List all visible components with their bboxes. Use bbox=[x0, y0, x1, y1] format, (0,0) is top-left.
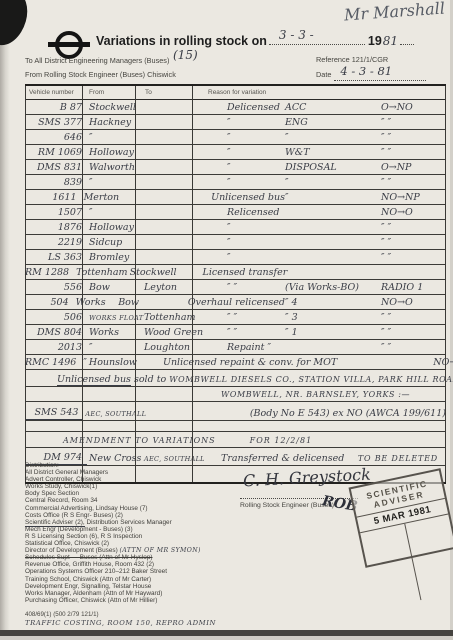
distribution-item: Central Record, Room 34 bbox=[25, 497, 250, 504]
date-label: Date bbox=[316, 70, 331, 79]
from-cell: Works bbox=[74, 297, 117, 309]
reason-code bbox=[285, 252, 381, 264]
from-cell: Bromley bbox=[87, 252, 142, 264]
table-header-row: Vehicle number From To Reason for variat… bbox=[25, 86, 446, 100]
col-header-to: To bbox=[142, 89, 202, 96]
from-cell: Stockwell bbox=[87, 102, 142, 114]
status-code: ″ ″ bbox=[381, 132, 446, 144]
from-cell: ″ bbox=[87, 177, 142, 189]
status-code: ″ ″ bbox=[381, 342, 446, 354]
reason-code: ″ 1 bbox=[285, 327, 381, 339]
sold-note-line2: WOMBWELL, NR. BARNSLEY, YORKS :— bbox=[25, 387, 446, 402]
handwritten-footer-note: TRAFFIC COSTING, ROOM 150, REPRO ADMIN bbox=[25, 619, 216, 627]
vehicle-number: 1611 bbox=[25, 192, 82, 204]
status-code: NO→O bbox=[381, 297, 446, 309]
table-row: RM 1288TottenhamStockwellLicensed transf… bbox=[25, 265, 446, 280]
binder-clip-shadow bbox=[0, 0, 33, 50]
form-code: 408/69(1) (500 2/79 121/1) bbox=[25, 611, 99, 618]
status-code: ″ ″ bbox=[381, 327, 446, 339]
vehicle-number: SMS 543 bbox=[25, 407, 83, 420]
vehicle-number: 1507 bbox=[25, 207, 87, 219]
reason-cell: ″ bbox=[201, 117, 285, 129]
to-line: To All District Engineering Managers (Bu… bbox=[25, 56, 169, 65]
reason-cell: ″ bbox=[201, 177, 285, 189]
from-cell: ″ bbox=[87, 132, 142, 144]
table-row: 506WORKS FLOATTottenham″ ″″ 3″ ″ bbox=[25, 310, 446, 325]
reason-cell: Repaint ″ bbox=[201, 342, 285, 354]
from-line: From Rolling Stock Engineer (Buses) Chis… bbox=[25, 70, 176, 79]
status-code: O→NO bbox=[381, 102, 446, 114]
table-row: 646″″″″ ″ bbox=[25, 130, 446, 145]
distribution-item: R S Licensing Section (6), R S Inspectio… bbox=[25, 533, 250, 540]
roundel-bar-icon bbox=[48, 42, 90, 47]
table-row: RMC 1496″HounslowUnlicensed repaint & co… bbox=[25, 355, 446, 370]
reason-code bbox=[287, 267, 383, 279]
distribution-item: Commercial Advertising, Lindsay House (7… bbox=[25, 505, 250, 512]
vehicle-number: 504 bbox=[25, 297, 74, 309]
distribution-item: Works Study, Chiswick(1) bbox=[25, 483, 250, 490]
reason-code bbox=[285, 237, 381, 249]
spacer-row bbox=[25, 421, 446, 432]
status-code: ″ ″ bbox=[381, 117, 446, 129]
from-cell: Works bbox=[87, 327, 142, 339]
reason-code: DISPOSAL bbox=[285, 162, 381, 174]
from-cell: Merton bbox=[82, 192, 132, 204]
title-trailing-dots bbox=[400, 34, 414, 45]
from-cell: AEC, SOUTHALL bbox=[83, 408, 138, 420]
reason-cell: ″ ″ bbox=[201, 327, 285, 339]
distribution-item-rest: Distribution Services Manager bbox=[85, 519, 172, 526]
handwritten-title-date: 3 - 3 - bbox=[279, 28, 314, 42]
col-header-reason: Reason for variation bbox=[202, 89, 446, 96]
amendment-date: FOR 12/2/81 bbox=[250, 435, 313, 447]
distribution-item: Costs Office (R S Engr- Buses) (2) bbox=[25, 512, 250, 519]
status-code: ″ ″ bbox=[381, 147, 446, 159]
reason-code: (Via Works-BO) bbox=[285, 282, 381, 294]
reason-cell: ″ bbox=[201, 147, 285, 159]
status-code: ″ ″ bbox=[381, 252, 446, 264]
vehicle-number: 556 bbox=[25, 282, 87, 294]
table-row: 2013″LoughtonRepaint ″″ ″ bbox=[25, 340, 446, 355]
handwritten-date: 4 - 3 - 81 bbox=[340, 64, 392, 78]
reason-code bbox=[337, 357, 433, 369]
distribution-item: Purchasing Officer, Chiswick (Attn of Mr… bbox=[25, 597, 250, 604]
vehicle-number: RM 1069 bbox=[25, 147, 87, 159]
table-row: B 87StockwellDelicensedACCO→NO bbox=[25, 100, 446, 115]
handwritten-attn-note: (ATTN OF MR SYMON) bbox=[119, 547, 200, 554]
table-rule bbox=[192, 86, 193, 482]
distribution-item: Revenue Office, Griffith House, Room 432… bbox=[25, 561, 250, 568]
scan-bottom-light-edge bbox=[0, 636, 453, 640]
scanned-document: Mr Marshall Variations in rolling stock … bbox=[0, 0, 453, 640]
distribution-item: Statistical Office, Chiswick (2) bbox=[25, 540, 250, 547]
vehicle-number: DMS 831 bbox=[25, 162, 87, 174]
to-cell: Bow bbox=[116, 297, 162, 309]
form-title-row: Variations in rolling stock on 3 - 3 - 1… bbox=[96, 34, 414, 48]
vehicle-number: SMS 377 bbox=[25, 117, 87, 129]
reason-code: ″ bbox=[285, 177, 381, 189]
table-row: LS 363Bromley″″ ″ bbox=[25, 250, 446, 265]
reason-code bbox=[285, 207, 381, 219]
vehicle-number: 2219 bbox=[25, 237, 87, 249]
scan-left-edge bbox=[0, 0, 10, 640]
reason-cell: Unlicensed repaint & conv. for MOT bbox=[137, 357, 337, 369]
table-row: DMS 804WorksWood Green″ ″″ 1″ ″ bbox=[25, 325, 446, 340]
status-code: O→NP bbox=[381, 162, 446, 174]
title-date-dotted-line: 3 - 3 - bbox=[269, 34, 365, 45]
distribution-item: Advert Controller, Chiswick bbox=[25, 476, 250, 483]
reason-cell: ″ ″ bbox=[201, 282, 285, 294]
vehicle-number: LS 363 bbox=[25, 252, 87, 264]
status-code: NO→O bbox=[381, 207, 446, 219]
reason-code: ″ bbox=[285, 192, 381, 204]
reason-cell: Relicensed bbox=[201, 207, 285, 219]
reason-cell: Unlicensed bus bbox=[185, 192, 285, 204]
distribution-item: Development Engr, Signalling, Telstar Ho… bbox=[25, 583, 250, 590]
reason-cell: ″ bbox=[201, 237, 285, 249]
table-row: 839″″″″ ″ bbox=[25, 175, 446, 190]
from-cell: Holloway bbox=[87, 147, 142, 159]
reason-cell: (Body No E 543) ex NO (AWCA 199/611) bbox=[194, 408, 446, 420]
handwritten-year: 81 bbox=[383, 34, 398, 48]
table-row: 1611MertonUnlicensed bus″NO→NP bbox=[25, 190, 446, 205]
vehicle-number: B 87 bbox=[25, 102, 87, 114]
to-cell: Hounslow bbox=[87, 357, 137, 369]
distribution-item-struck: Schedules Supt — Buses (Attn of Mr Hyslo… bbox=[25, 554, 250, 561]
table-row: 556BowLeyton″ ″(Via Works-BO)RADIO 1 bbox=[25, 280, 446, 295]
reason-code bbox=[285, 222, 381, 234]
distribution-item: Director of Development (Buses) (ATTN OF… bbox=[25, 547, 250, 554]
reason-cell: ″ bbox=[201, 252, 285, 264]
reason-code: ACC bbox=[285, 102, 381, 114]
table-row: 1876Holloway″″ ″ bbox=[25, 220, 446, 235]
sold-note-address2: WOMBWELL, NR. BARNSLEY, YORKS :— bbox=[221, 389, 410, 401]
vehicle-number: 506 bbox=[25, 312, 87, 324]
status-code: ″ ″ bbox=[381, 222, 446, 234]
reason-cell: Overhaul relicensed bbox=[162, 297, 285, 309]
vehicle-number: DMS 804 bbox=[25, 327, 87, 339]
from-cell: Holloway bbox=[87, 222, 142, 234]
sold-note-mid: sold to bbox=[131, 374, 169, 385]
vehicle-number: 839 bbox=[25, 177, 87, 189]
reason-cell: ″ bbox=[201, 132, 285, 144]
reason-code bbox=[285, 342, 381, 354]
distribution-item: Scientific Adviser (2), Distribution Ser… bbox=[25, 519, 250, 526]
distribution-item: All District General Managers bbox=[25, 469, 250, 476]
from-cell: WORKS FLOAT bbox=[87, 312, 142, 324]
sold-note-line1: Unlicensed bus sold to WOMBWELL DIESELS … bbox=[25, 370, 446, 387]
distribution-item: Operations Systems Officer 210–212 Baker… bbox=[25, 568, 250, 575]
from-cell: ″ bbox=[87, 342, 142, 354]
distribution-list: Distribution: All District General Manag… bbox=[25, 462, 250, 604]
reason-cell: Delicensed bbox=[201, 102, 285, 114]
distribution-item: Body Spec Section bbox=[25, 490, 250, 497]
reason-cell: Licensed transfer bbox=[177, 267, 288, 279]
reason-code: ENG bbox=[285, 117, 381, 129]
handwritten-recipient: Mr Marshall bbox=[343, 0, 445, 24]
reason-code: W&T bbox=[285, 147, 381, 159]
table-rule bbox=[82, 86, 83, 482]
year-prefix: 19 bbox=[368, 34, 382, 48]
distribution-item: Works Manager, Aldenham (Attn of Mr Hayw… bbox=[25, 590, 250, 597]
from-cell: Sidcup bbox=[87, 237, 142, 249]
status-code: NO→NP bbox=[433, 357, 453, 369]
distribution-item: Training School, Chiswick (Attn of Mr Ca… bbox=[25, 576, 250, 583]
to-be-deleted-note: TO BE DELETED bbox=[358, 453, 446, 465]
reason-code: ″ bbox=[285, 132, 381, 144]
col-header-vehicle: Vehicle number bbox=[25, 89, 86, 96]
from-cell: Bow bbox=[87, 282, 142, 294]
director-item: Director of Development (Buses) bbox=[25, 547, 119, 554]
vehicle-number: RMC 1496 bbox=[25, 357, 81, 369]
reason-cell: ″ ″ bbox=[201, 312, 285, 324]
vehicle-number: RM 1288 bbox=[25, 267, 74, 279]
sold-note-hw: Unlicensed bus bbox=[57, 374, 131, 386]
date-field: 4 - 3 - 81 bbox=[334, 66, 426, 81]
sms543-row: SMS 543 AEC, SOUTHALL (Body No E 543) ex… bbox=[25, 402, 446, 421]
from-cell: Hackney bbox=[87, 117, 142, 129]
reason-cell: ″ bbox=[201, 162, 285, 174]
status-code bbox=[383, 267, 448, 279]
handwritten-copy-count: (15) bbox=[173, 48, 198, 62]
status-code: ″ ″ bbox=[381, 237, 446, 249]
vehicle-number: 1876 bbox=[25, 222, 87, 234]
date-line: Date 4 - 3 - 81 bbox=[316, 66, 426, 81]
from-cell: ″ bbox=[87, 207, 142, 219]
table-row: SMS 377Hackney″ENG″ ″ bbox=[25, 115, 446, 130]
variations-table: Vehicle number From To Reason for variat… bbox=[25, 84, 446, 484]
sold-note-address1: WOMBWELL DIESELS CO., STATION VILLA, PAR… bbox=[169, 375, 453, 384]
col-header-from: From bbox=[86, 89, 142, 96]
status-code: ″ ″ bbox=[381, 177, 446, 189]
reference-line: Reference 121/1/CGR bbox=[316, 55, 388, 64]
form-title: Variations in rolling stock on bbox=[96, 34, 267, 48]
status-code: RADIO 1 bbox=[381, 282, 446, 294]
vehicle-number: 2013 bbox=[25, 342, 87, 354]
from-cell: Walworth bbox=[87, 162, 142, 174]
status-code: NO→NP bbox=[381, 192, 446, 204]
table-rule bbox=[135, 86, 136, 482]
reason-code: ″ 3 bbox=[285, 312, 381, 324]
table-row: 1507″RelicensedNO→O bbox=[25, 205, 446, 220]
table-row: 504WorksBowOverhaul relicensed″ 4NO→O bbox=[25, 295, 446, 310]
reason-code: ″ 4 bbox=[285, 297, 381, 309]
table-row: DMS 831Walworth″DISPOSALO→NP bbox=[25, 160, 446, 175]
amendment-row: AMENDMENT TO VARIATIONS FOR 12/2/81 bbox=[25, 432, 446, 448]
vehicle-number: 646 bbox=[25, 132, 87, 144]
status-code: ″ ″ bbox=[381, 312, 446, 324]
table-rule bbox=[445, 86, 446, 482]
distribution-item: Mech Engr (Development - Buses) (3) bbox=[25, 526, 250, 533]
distribution-title: Distribution: bbox=[25, 462, 250, 469]
reason-cell: ″ bbox=[201, 222, 285, 234]
table-row: 2219Sidcup″″ ″ bbox=[25, 235, 446, 250]
table-rule bbox=[25, 86, 26, 482]
table-row: RM 1069Holloway″W&T″ ″ bbox=[25, 145, 446, 160]
